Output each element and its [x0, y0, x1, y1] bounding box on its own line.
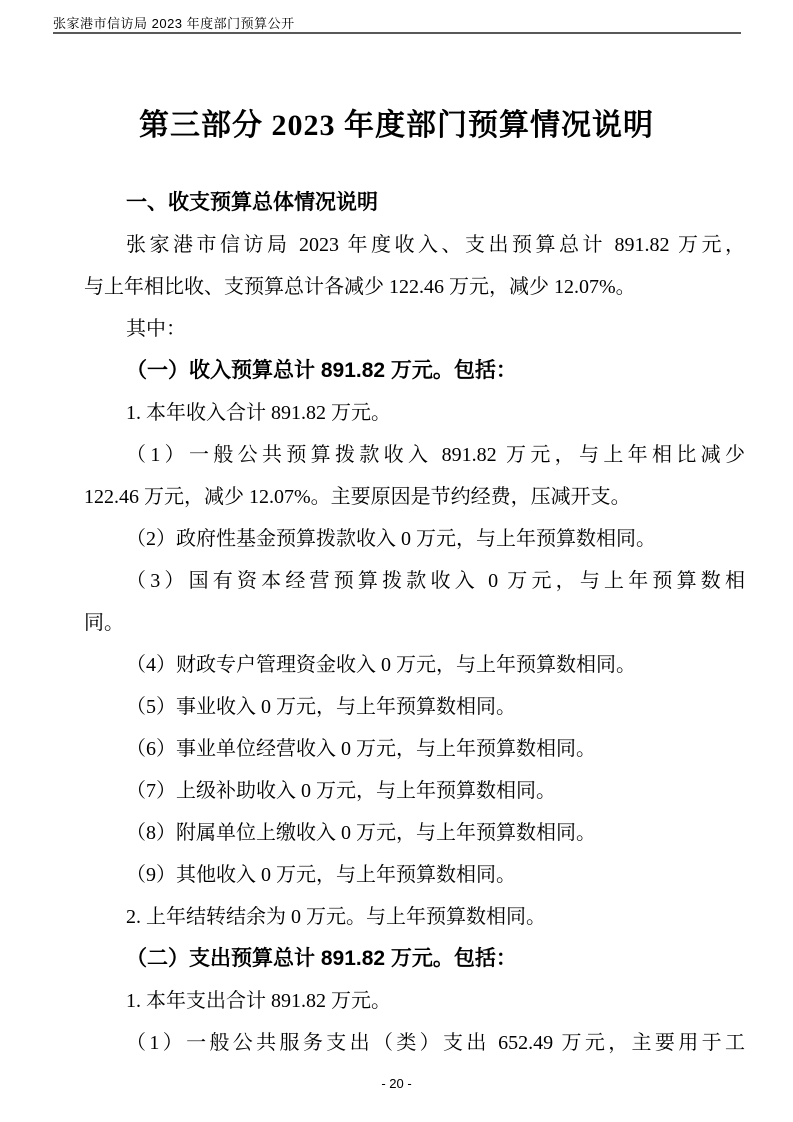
section-heading: 一、收支预算总体情况说明 [84, 182, 745, 224]
body-text-line: （9）其他收入 0 万元，与上年预算数相同。 [84, 854, 745, 896]
page-number: - 20 - [0, 1076, 793, 1091]
body-text-line: （1）一般公共预算拨款收入 891.82 万元，与上年相比减少 [84, 434, 745, 476]
body-text-line: （5）事业收入 0 万元，与上年预算数相同。 [84, 686, 745, 728]
body-text-line: （7）上级补助收入 0 万元，与上年预算数相同。 [84, 770, 745, 812]
body-text-line: （6）事业单位经营收入 0 万元，与上年预算数相同。 [84, 728, 745, 770]
body-text-line: 1. 本年支出合计 891.82 万元。 [84, 980, 745, 1022]
document-page: 张家港市信访局 2023 年度部门预算公开 第三部分 2023 年度部门预算情况… [0, 0, 793, 1122]
body-text-line: 同。 [84, 602, 745, 644]
body-text-line: 1. 本年收入合计 891.82 万元。 [84, 392, 745, 434]
document-body: 一、收支预算总体情况说明张家港市信访局 2023 年度收入、支出预算总计 891… [84, 182, 745, 1064]
body-text-line: 张家港市信访局 2023 年度收入、支出预算总计 891.82 万元， [84, 224, 745, 266]
section-heading: （二）支出预算总计 891.82 万元。包括： [84, 938, 745, 980]
body-text-line: 2. 上年结转结余为 0 万元。与上年预算数相同。 [84, 896, 745, 938]
body-text-line: （2）政府性基金预算拨款收入 0 万元，与上年预算数相同。 [84, 518, 745, 560]
body-text-line: （4）财政专户管理资金收入 0 万元，与上年预算数相同。 [84, 644, 745, 686]
page-header-title: 张家港市信访局 2023 年度部门预算公开 [53, 13, 295, 32]
body-text-line: （3）国有资本经营预算拨款收入 0 万元，与上年预算数相 [84, 560, 745, 602]
document-title: 第三部分 2023 年度部门预算情况说明 [0, 104, 793, 148]
body-text-line: 其中： [84, 308, 745, 350]
section-heading: （一）收入预算总计 891.82 万元。包括： [84, 350, 745, 392]
body-text-line: （8）附属单位上缴收入 0 万元，与上年预算数相同。 [84, 812, 745, 854]
header-divider [53, 32, 741, 34]
body-text-line: 122.46 万元，减少 12.07%。主要原因是节约经费，压减开支。 [84, 476, 745, 518]
body-text-line: （1）一般公共服务支出（类）支出 652.49 万元，主要用于工 [84, 1022, 745, 1064]
body-text-line: 与上年相比收、支预算总计各减少 122.46 万元，减少 12.07%。 [84, 266, 745, 308]
